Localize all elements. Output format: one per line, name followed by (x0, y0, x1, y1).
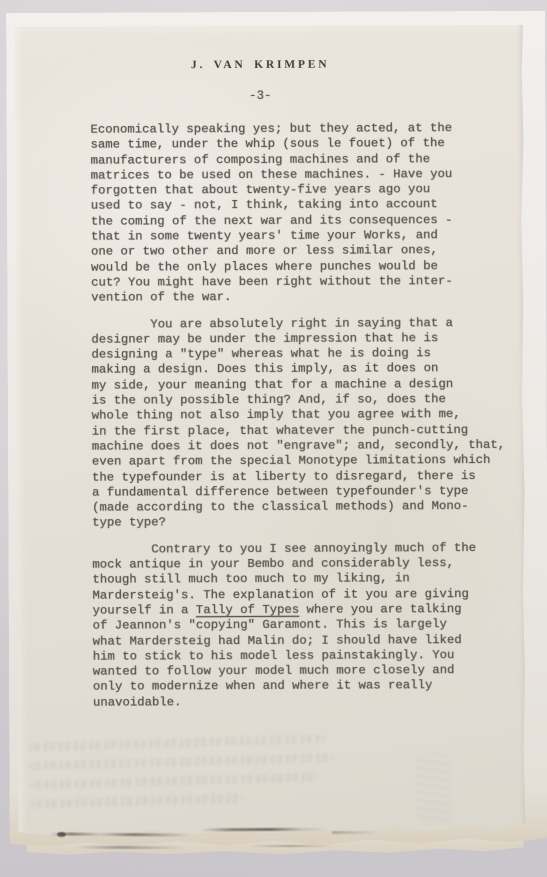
typed-line: of Jeannon's "copying" Garamont. This is… (93, 617, 506, 634)
typed-line: in the first place, that whatever the pu… (92, 423, 505, 440)
typed-line: vention of the war. (91, 289, 504, 306)
typed-line: even apart from the special Monotype lim… (92, 453, 505, 470)
torn-edge-shadow (332, 831, 378, 834)
typed-line: used to say - not, I think, taking into … (91, 197, 504, 214)
verso-showthrough-mark (416, 753, 450, 825)
paragraph-2: You are absolutely right in saying that … (91, 315, 505, 531)
showthrough-line (30, 772, 318, 789)
verso-showthrough (29, 734, 335, 819)
typed-line: cut? You might have been right without t… (91, 274, 504, 291)
typed-line: manufacturers of composing machines and … (91, 151, 504, 168)
page-number: -3- (145, 88, 375, 103)
typed-line: one or two other and more or less simila… (91, 243, 504, 260)
showthrough-line (31, 794, 243, 809)
typed-line: Contrary to you I see annoyingly much of… (92, 541, 505, 558)
typed-line: that in some twenty years' time your Wor… (91, 228, 504, 245)
typed-line: the coming of the next war and its conse… (91, 213, 504, 230)
typed-line: making a design. Does this imply, as it … (91, 361, 504, 378)
showthrough-line (30, 753, 334, 771)
underlined-title: Tally of Types (196, 603, 299, 617)
typed-line: You are absolutely right in saying that … (91, 315, 504, 332)
typed-line: only to modernize when and where it was … (93, 678, 506, 695)
typed-line: what Mardersteig had Malin do; I should … (93, 632, 506, 649)
typed-line: wanted to follow your model much more cl… (93, 663, 506, 680)
typed-line: same time, under the whip (sous le fouet… (90, 136, 503, 153)
typed-body: Economically speaking yes; but they acte… (90, 121, 506, 722)
typed-line: Mardersteig's. The explanation of it you… (92, 586, 505, 603)
typed-line: whole thing not also imply that you agre… (92, 407, 505, 424)
typed-line: designing a "type" whereas what he is do… (91, 346, 504, 363)
typed-line: mock antique in your Bembo and considera… (92, 556, 505, 573)
typed-line: unavoidable. (93, 694, 506, 711)
typed-line: the typefounder is at liberty to disrega… (92, 468, 505, 485)
typed-line: though still much too much to my liking,… (92, 571, 505, 588)
typed-line: forgotten that about twenty-five years a… (91, 182, 504, 199)
showthrough-line (29, 734, 325, 752)
torn-edge-shadow (248, 845, 332, 847)
typed-line: would be the only places where punches w… (91, 259, 504, 276)
typed-line: designer may be under the impression tha… (91, 331, 504, 348)
typescript-page: J. VAN KRIMPEN -3- Economically speaking… (15, 25, 527, 837)
photo-backdrop: J. VAN KRIMPEN -3- Economically speaking… (0, 0, 547, 877)
typed-line: matrices to be used on these machines. -… (91, 167, 504, 184)
paragraph-1: Economically speaking yes; but they acte… (90, 121, 504, 306)
torn-edge-shadow (57, 832, 66, 837)
typed-line: type type? (92, 514, 505, 531)
author-header: J. VAN KRIMPEN (145, 58, 375, 71)
typed-line: (made according to the classical methods… (92, 499, 505, 516)
paragraph-3: Contrary to you I see annoyingly much of… (92, 541, 506, 711)
